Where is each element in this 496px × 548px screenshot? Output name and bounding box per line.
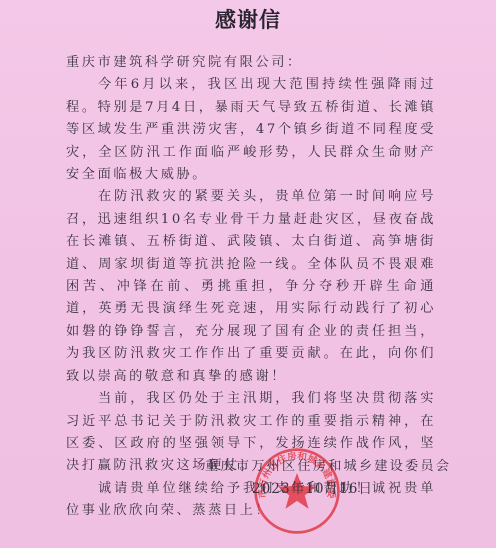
paragraph-2: 在防汛救灾的紧要关头，贵单位第一时间响应号召，迅速组织10名专业骨干力量赶赴灾区… <box>66 186 436 388</box>
letter-page: 感谢信 重庆市建筑科学研究院有限公司： 今年6月以来，我区出现大范围持续性强降雨… <box>0 0 496 548</box>
paragraph-4: 诚请贵单位继续给予我们支持和帮助！诚祝贵单位事业欣欣向荣、蒸蒸日上！ <box>66 478 436 523</box>
letter-body: 重庆市建筑科学研究院有限公司： 今年6月以来，我区出现大范围持续性强降雨过程。特… <box>66 52 436 523</box>
letter-title: 感谢信 <box>0 4 496 34</box>
salutation: 重庆市建筑科学研究院有限公司： <box>66 52 436 74</box>
paragraph-1: 今年6月以来，我区出现大范围持续性强降雨过程。特别是7月4日，暴雨天气导致五桥街… <box>66 74 436 186</box>
signature-organization: 重庆市万州区住房和城乡建设委员会 <box>205 455 451 474</box>
signature-date: 2023年10月16日 <box>252 477 373 497</box>
